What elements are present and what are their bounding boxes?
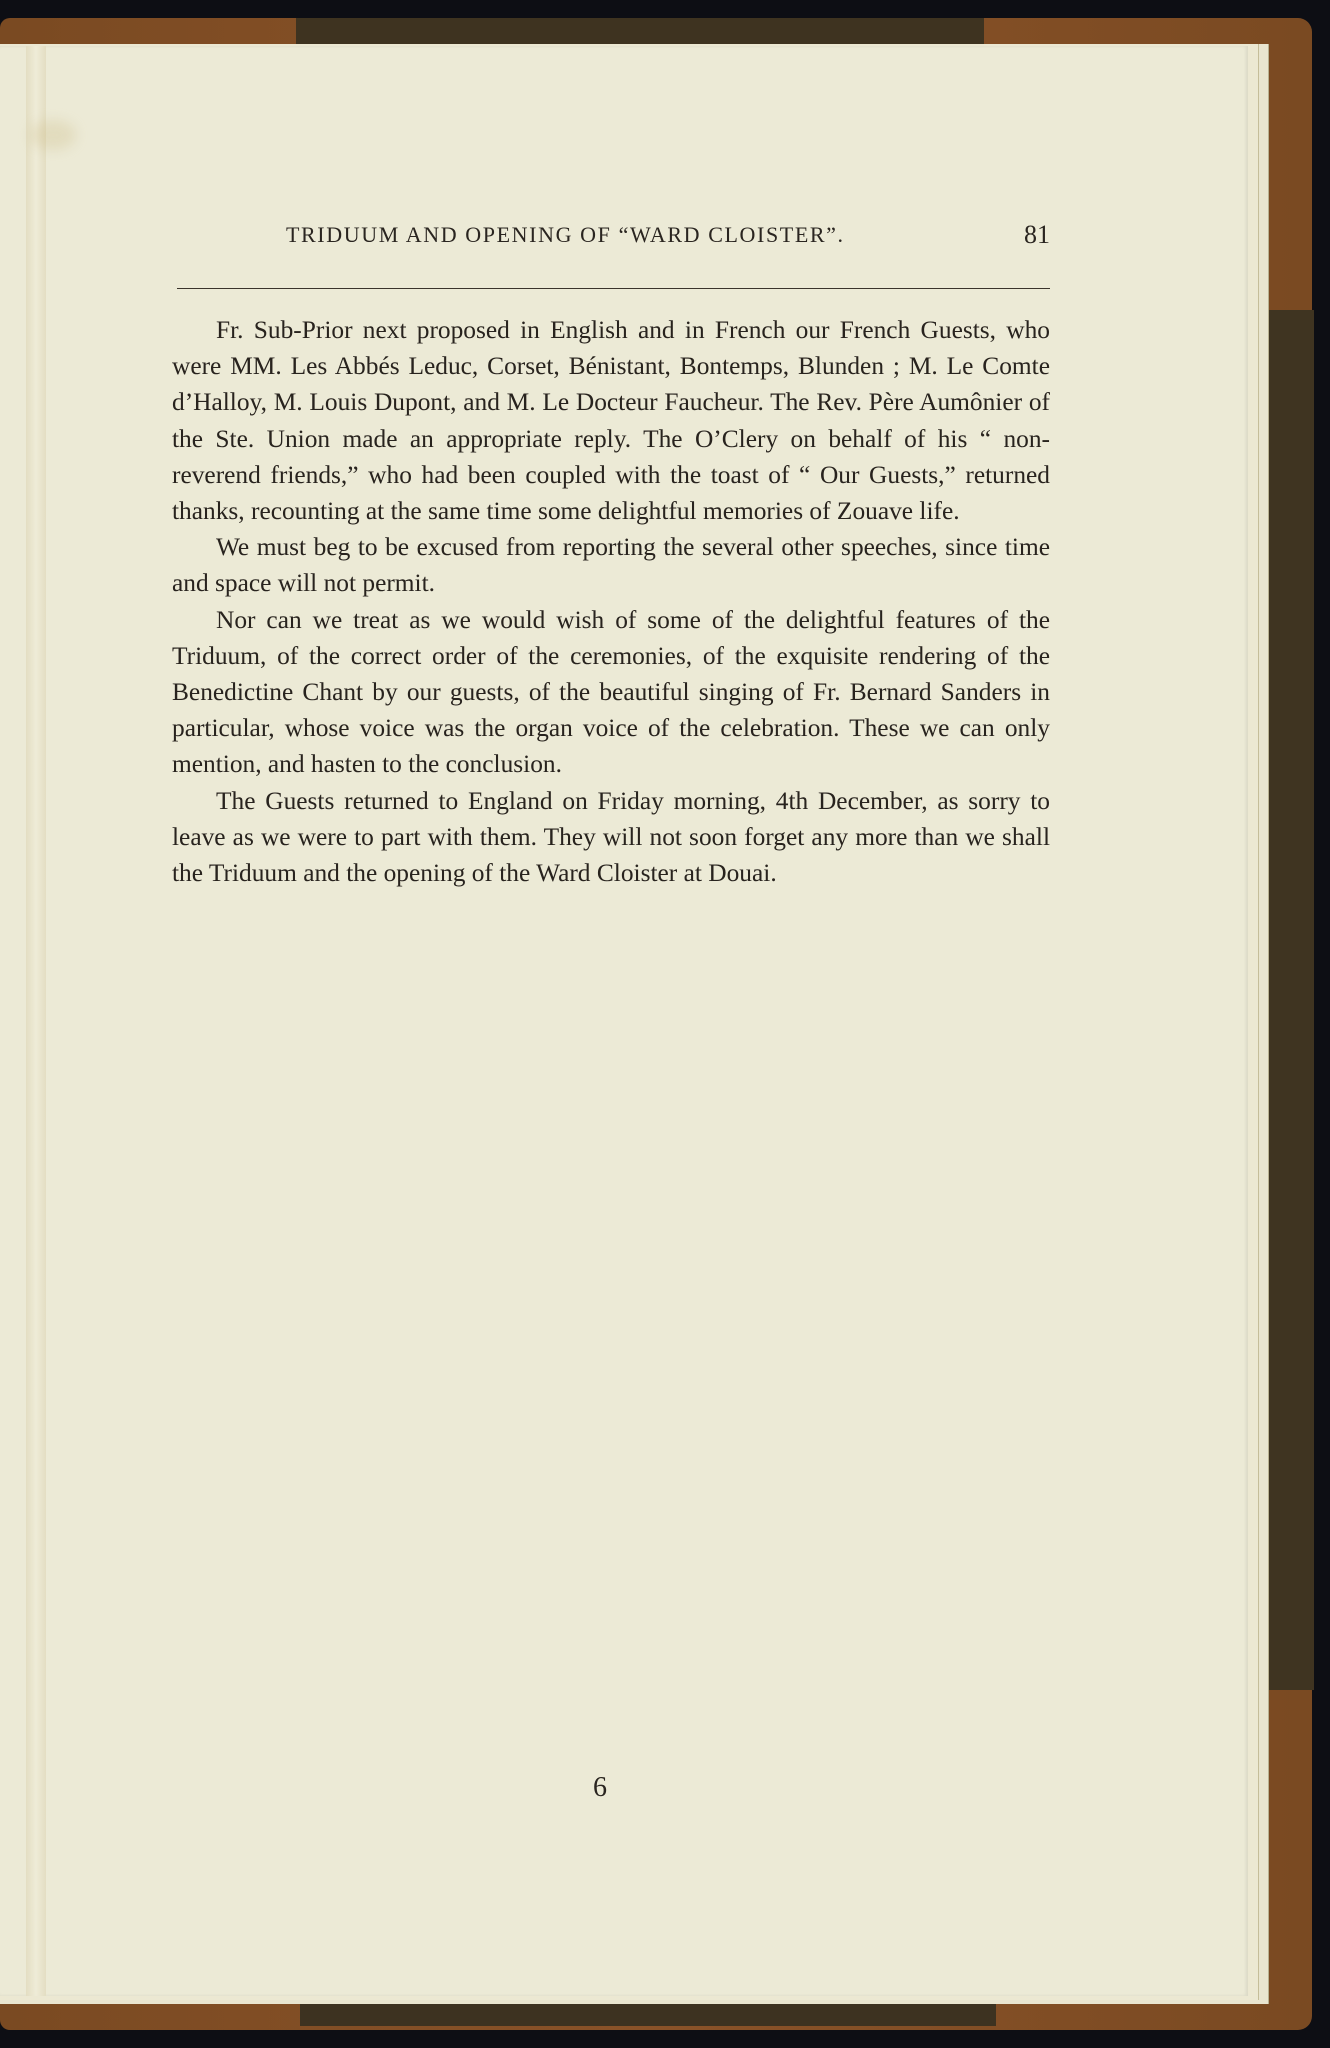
running-head: Triduum and Opening of “Ward Cloister”. …	[172, 222, 1050, 262]
paper-stain	[30, 120, 76, 150]
body-text: Fr. Sub-Prior next proposed in English a…	[172, 312, 1050, 891]
paragraph: We must beg to be excused from reporting…	[172, 529, 1050, 601]
cover-cloth-band-right	[1266, 310, 1314, 1690]
signature-mark: 6	[593, 1772, 607, 1804]
header-rule	[177, 288, 1050, 289]
paragraph: Nor can we treat as we would wish of som…	[172, 602, 1050, 783]
paragraph: Fr. Sub-Prior next proposed in English a…	[172, 312, 1050, 529]
paragraph: The Guests returned to England on Friday…	[172, 783, 1050, 892]
page-gutter	[26, 46, 46, 1996]
running-title: Triduum and Opening of “Ward Cloister”.	[286, 222, 845, 248]
page-number: 81	[1024, 220, 1050, 250]
